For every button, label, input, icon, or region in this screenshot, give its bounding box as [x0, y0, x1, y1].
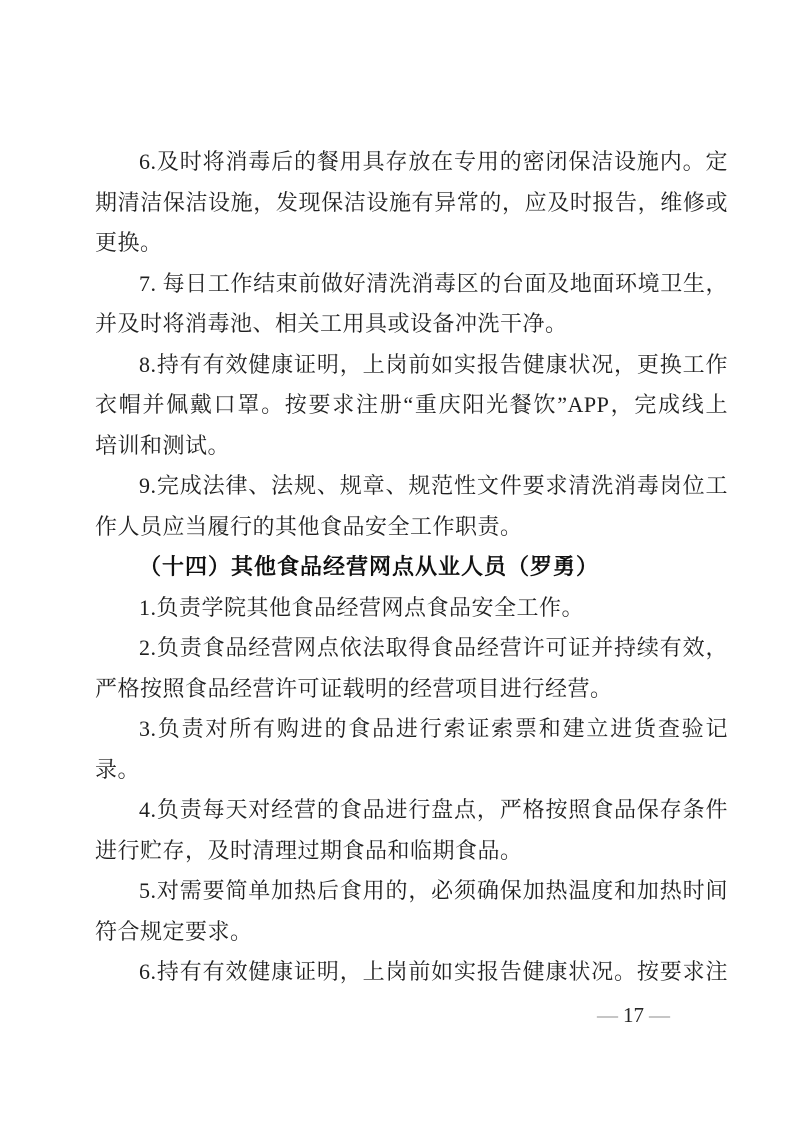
paragraph-line: 录。 [95, 750, 728, 791]
document-page: 6.及时将消毒后的餐用具存放在专用的密闭保洁设施内。定 期清洁保洁设施，发现保洁… [0, 0, 800, 1131]
paragraph-line: 8.持有有效健康证明，上岗前如实报告健康状况，更换工作 [95, 345, 728, 386]
paragraph-line: 严格按照食品经营许可证载明的经营项目进行经营。 [95, 669, 728, 710]
paragraph-line: 更换。 [95, 223, 728, 264]
paragraph-line: 2.负责食品经营网点依法取得食品经营许可证并持续有效， [95, 628, 728, 669]
paragraph-line: 4.负责每天对经营的食品进行盘点，严格按照食品保存条件 [95, 790, 728, 831]
page-body: 6.及时将消毒后的餐用具存放在专用的密闭保洁设施内。定 期清洁保洁设施，发现保洁… [95, 142, 728, 993]
page-number-value: 17 [623, 1003, 644, 1027]
page-number: —17— [592, 1001, 675, 1029]
paragraph-line: 并及时将消毒池、相关工用具或设备冲洗干净。 [95, 304, 728, 345]
paragraph-line: 7. 每日工作结束前做好清洗消毒区的台面及地面环境卫生， [95, 264, 728, 305]
paragraph-line: 作人员应当履行的其他食品安全工作职责。 [95, 507, 728, 548]
paragraph-line: 1.负责学院其他食品经营网点食品安全工作。 [95, 588, 728, 629]
paragraph-line: 进行贮存，及时清理过期食品和临期食品。 [95, 831, 728, 872]
paragraph-line: 3.负责对所有购进的食品进行索证索票和建立进货查验记 [95, 709, 728, 750]
paragraph-line: 衣帽并佩戴口罩。按要求注册“重庆阳光餐饮”APP，完成线上 [95, 385, 728, 426]
page-number-dash-left: — [592, 1003, 623, 1027]
paragraph-line: 6.及时将消毒后的餐用具存放在专用的密闭保洁设施内。定 [95, 142, 728, 183]
paragraph-line: 9.完成法律、法规、规章、规范性文件要求清洗消毒岗位工 [95, 466, 728, 507]
paragraph-line: 符合规定要求。 [95, 912, 728, 953]
paragraph-line: 期清洁保洁设施，发现保洁设施有异常的，应及时报告，维修或 [95, 183, 728, 224]
paragraph-line: 5.对需要简单加热后食用的，必须确保加热温度和加热时间 [95, 871, 728, 912]
paragraph-line: 6.持有有效健康证明，上岗前如实报告健康状况。按要求注 [95, 952, 728, 993]
paragraph-line: 培训和测试。 [95, 426, 728, 467]
section-heading: （十四）其他食品经营网点从业人员（罗勇） [95, 547, 728, 588]
page-number-dash-right: — [644, 1003, 675, 1027]
